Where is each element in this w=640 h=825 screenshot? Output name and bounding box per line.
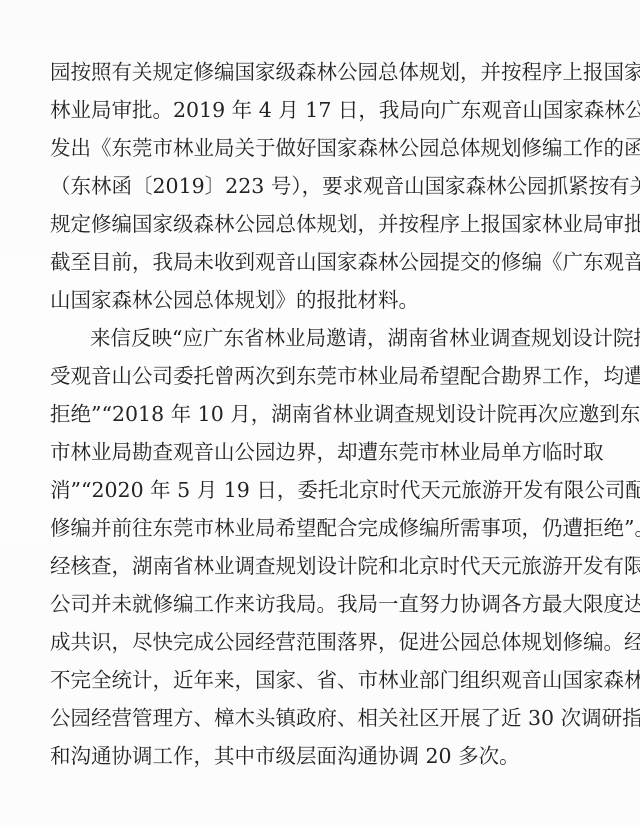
text-line: 规定修编国家级森林公园总体规划，并按程序上报国家林业局审批。	[50, 208, 580, 240]
text-line: 市林业局勘查观音山公园边界，却遭东莞市林业局单方临时取	[50, 436, 580, 468]
text-line: 拒绝”“2018 年 10 月，湖南省林业调查规划设计院再次应邀到东莞	[50, 398, 580, 430]
text-line: 和沟通协调工作，其中市级层面沟通协调 20 多次。	[50, 740, 580, 772]
text-line: 林业局审批。2019 年 4 月 17 日，我局向广东观音山国家森林公园	[50, 94, 580, 126]
paragraph-first-line: 来信反映“应广东省林业局邀请，湖南省林业调查规划设计院接	[90, 322, 580, 354]
document-page: 园按照有关规定修编国家级森林公园总体规划，并按程序上报国家 林业局审批。2019…	[0, 0, 640, 825]
text-line: 不完全统计，近年来，国家、省、市林业部门组织观音山国家森林	[50, 664, 580, 696]
text-line: （东林函〔2019〕223 号），要求观音山国家森林公园抓紧按有关	[50, 170, 580, 202]
text-line: 发出《东莞市林业局关于做好国家森林公园总体规划修编工作的函》	[50, 132, 580, 164]
text-line: 截至目前，我局未收到观音山国家森林公园提交的修编《广东观音	[50, 246, 580, 278]
text-line: 消”“2020 年 5 月 19 日，委托北京时代天元旅游开发有限公司配合	[50, 474, 580, 506]
text-line: 山国家森林公园总体规划》的报批材料。	[50, 284, 580, 316]
text-line: 受观音山公司委托曾两次到东莞市林业局希望配合勘界工作，均遭	[50, 360, 580, 392]
text-line: 公司并未就修编工作来访我局。我局一直努力协调各方最大限度达	[50, 588, 580, 620]
text-line: 公园经营管理方、樟木头镇政府、相关社区开展了近 30 次调研指导	[50, 702, 580, 734]
text-line: 修编并前往东莞市林业局希望配合完成修编所需事项，仍遭拒绝”。	[50, 512, 580, 544]
text-line: 园按照有关规定修编国家级森林公园总体规划，并按程序上报国家	[50, 56, 580, 88]
text-line: 经核查，湖南省林业调查规划设计院和北京时代天元旅游开发有限	[50, 550, 580, 582]
text-line: 成共识，尽快完成公园经营范围落界，促进公园总体规划修编。经	[50, 626, 580, 658]
